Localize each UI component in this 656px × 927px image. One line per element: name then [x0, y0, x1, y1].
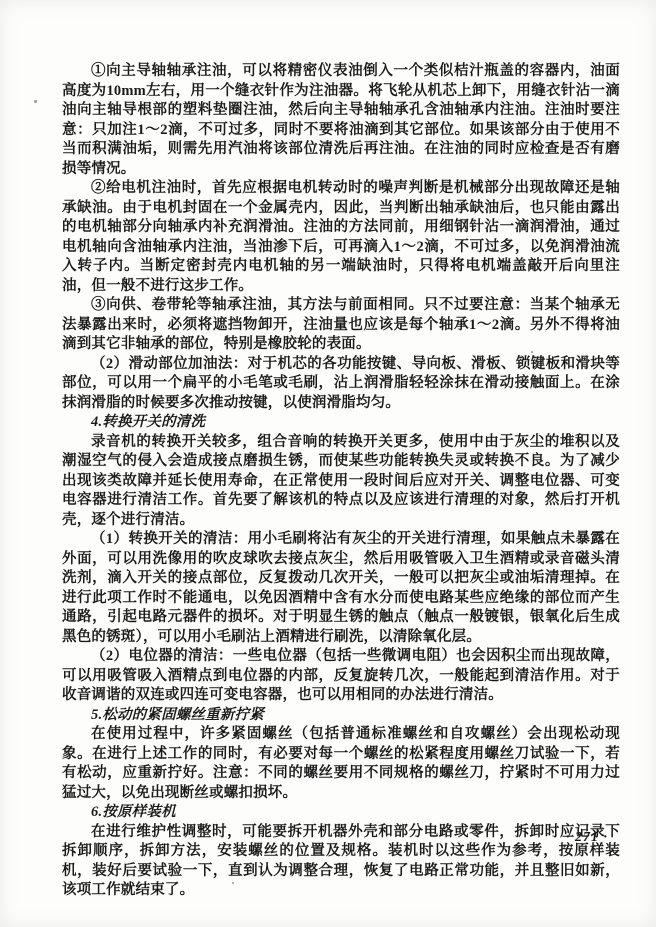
paragraph: 录音机的转换开关较多，组合音响的转换开关更多，使用中由于灰尘的堆积以及潮湿空气的… [62, 433, 620, 531]
scan-speck [34, 100, 37, 103]
paragraph: （1）转换开关的清洁：用小毛刷将沾有灰尘的开关进行清理，如果触点未暴露在外面，可… [62, 530, 620, 647]
scan-speck [531, 351, 533, 353]
paragraph: 在进行维护性调整时，可能要拆开机器外壳和部分电路或零件，拆卸时应记录下拆卸顺序，… [62, 823, 620, 901]
paragraph: （2）滑动部位加油法：对于机芯的各功能按键、导向板、滑板、锁键板和滑块等部位，可… [62, 355, 620, 414]
section-heading: 5.松动的紧固螺丝重新拧紧 [62, 706, 620, 726]
section-heading: 6.按原样装机 [62, 803, 620, 823]
page-number: · 271 · [566, 830, 608, 846]
paragraph: 在使用过程中，许多紧固螺丝（包括普通标准螺丝和自攻螺丝）会出现松动现象。在进行上… [62, 725, 620, 803]
scan-speck [232, 882, 234, 884]
text-column: ①向主导轴轴承注油，可以将精密仪表油倒入一个类似桔汁瓶盖的容器内，油面高度为10… [62, 62, 620, 901]
paragraph: （2）电位器的清洁：一些电位器（包括一些微调电阻）也会因积尘而出现故障，可以用吸… [62, 647, 620, 706]
scanned-book-page: { "page": { "blocks": [ {"type": "body",… [0, 0, 656, 927]
paragraph: ②给电机注油时，首先应根据电机转动时的噪声判断是机械部分出现故障还是轴承缺油。由… [62, 179, 620, 296]
paragraph: ③向供、卷带轮等轴承注油，其方法与前面相同。只不过要注意：当某个轴承无法暴露出来… [62, 296, 620, 355]
paragraph: ①向主导轴轴承注油，可以将精密仪表油倒入一个类似桔汁瓶盖的容器内，油面高度为10… [62, 62, 620, 179]
section-heading: 4.转换开关的清洗 [62, 413, 620, 433]
